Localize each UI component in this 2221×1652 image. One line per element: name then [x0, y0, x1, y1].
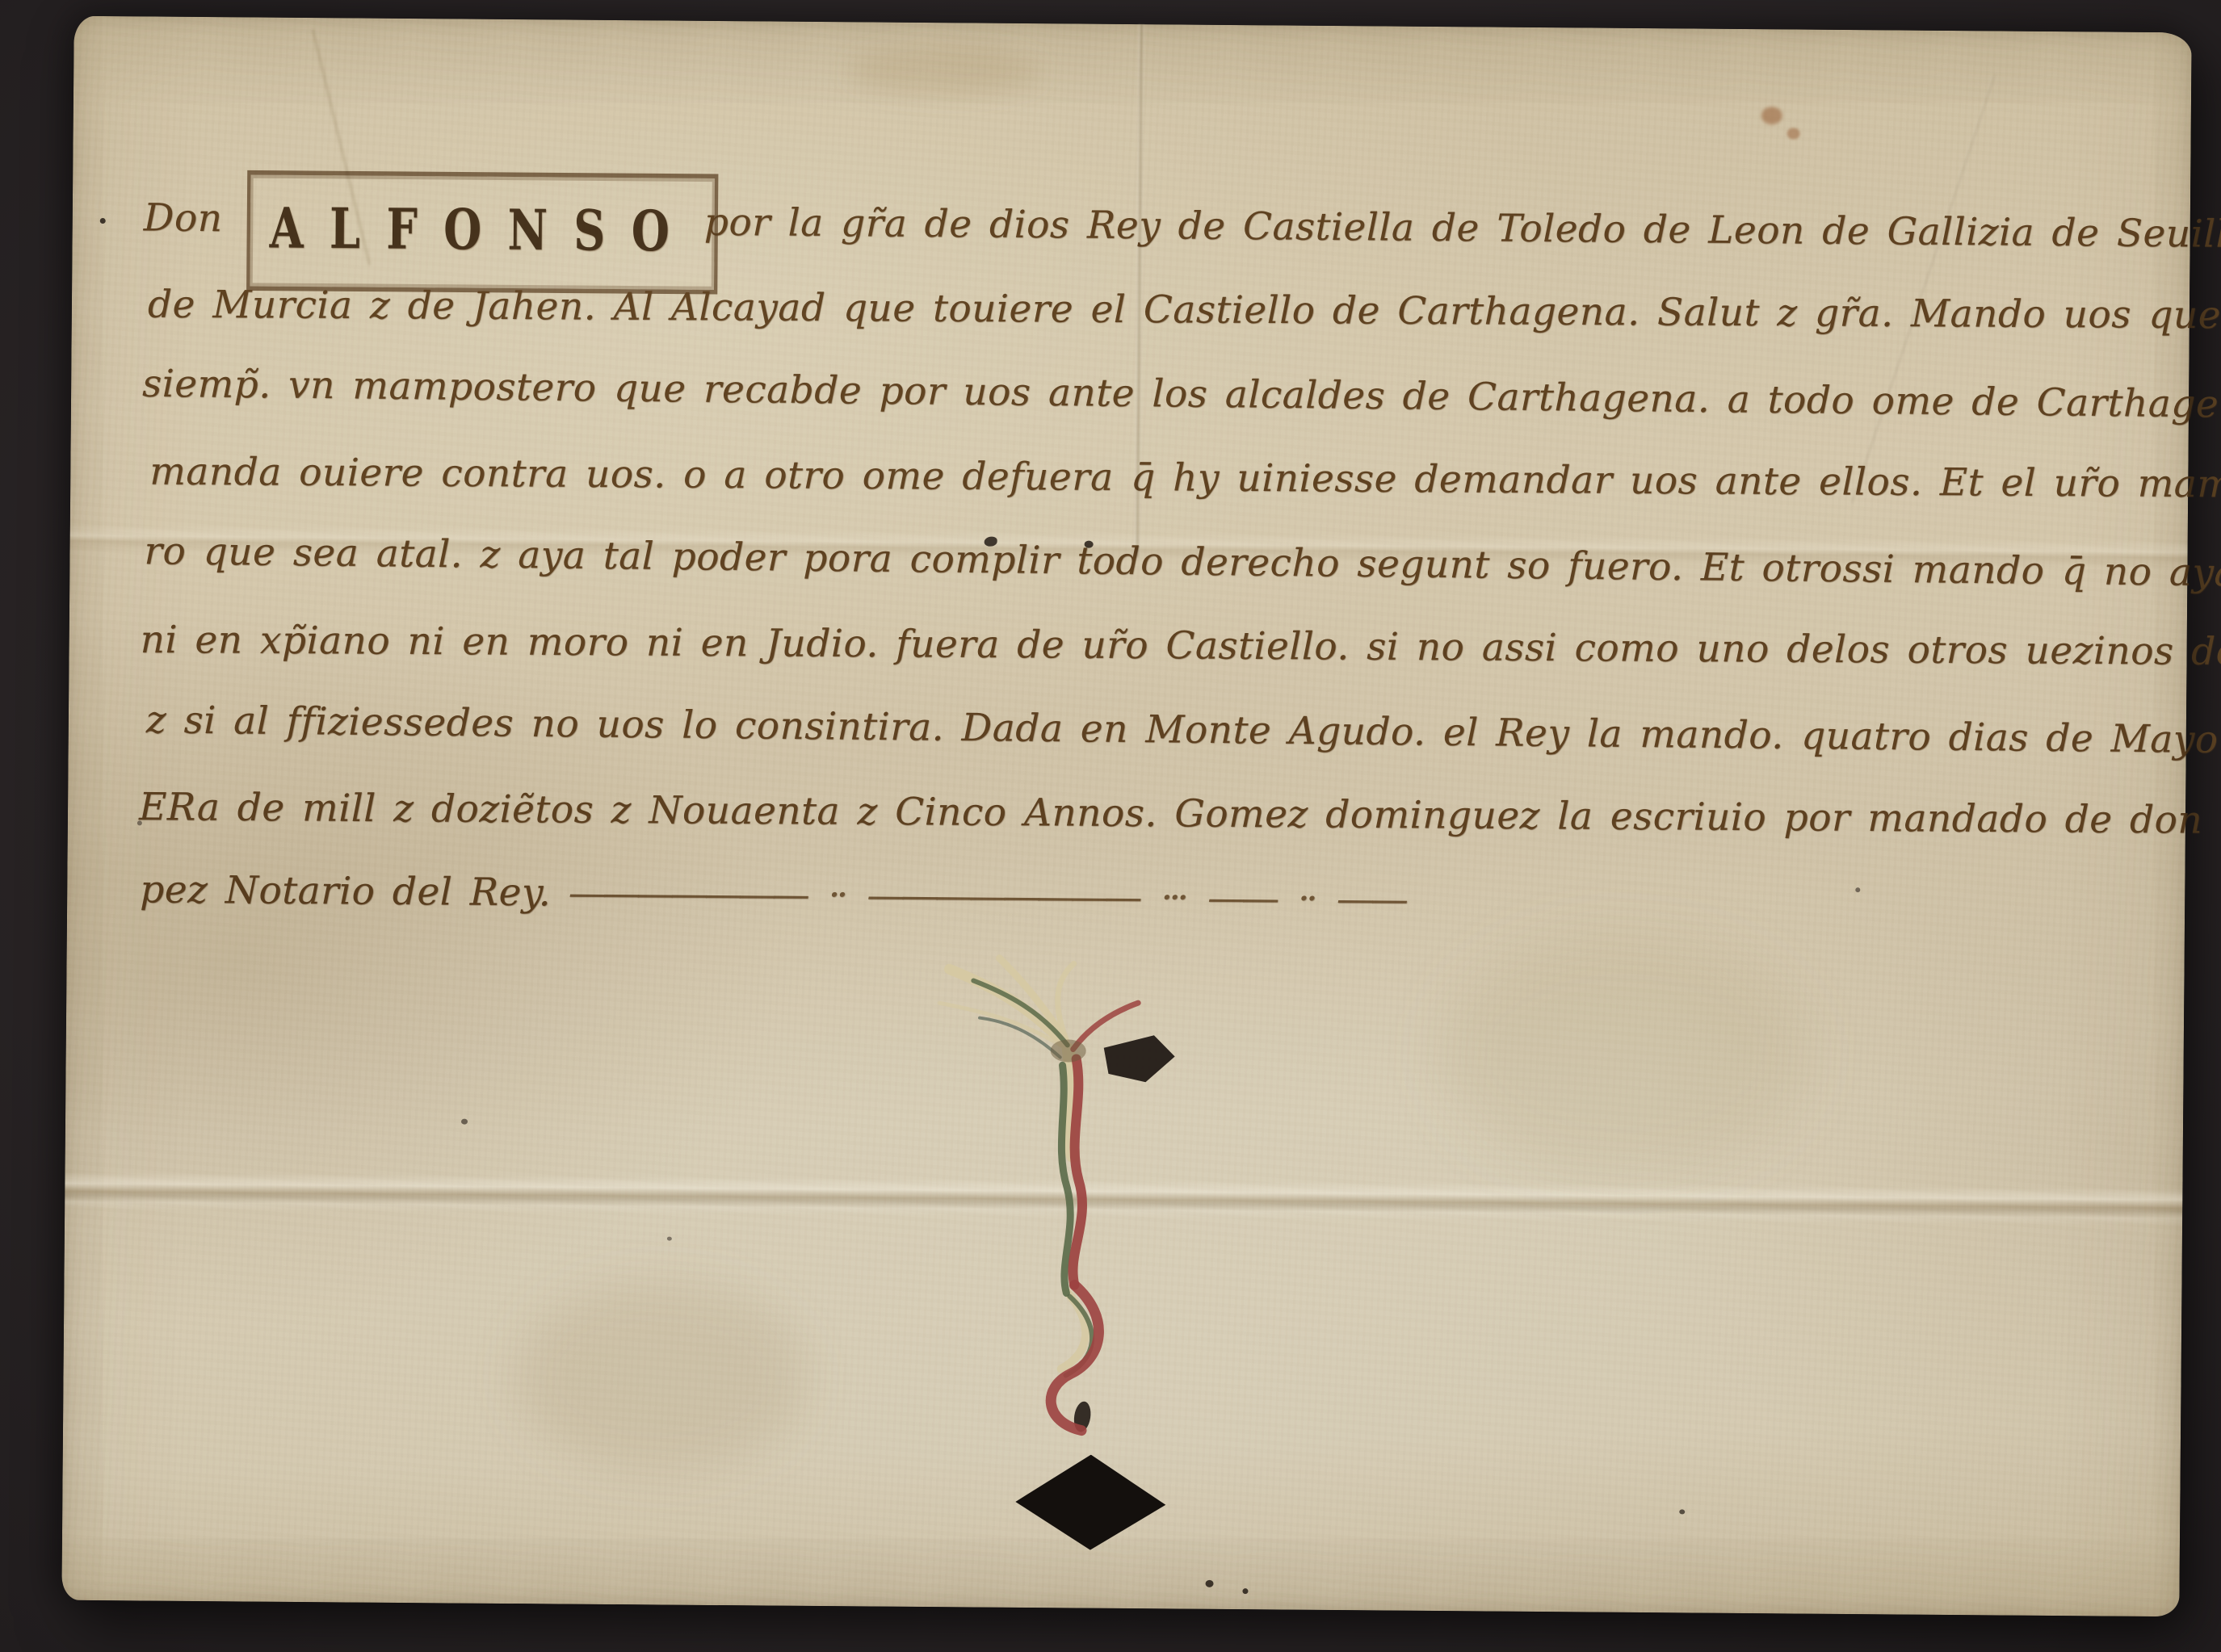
- photo-backdrop: DonALFONSOpor la gr̃a de dios Rey de Cas…: [0, 0, 2221, 1652]
- text-line-4: manda ouiere contra uos. o a otro ome de…: [149, 430, 2145, 526]
- soft-stain: [1438, 931, 1812, 1176]
- rust-stain: [1761, 107, 1782, 124]
- text-line-2: de Murcia z de Jahen. Al Alcayad que tou…: [148, 263, 2147, 358]
- text-line-1: DonALFONSOpor la gr̃a de dios Rey de Cas…: [143, 176, 2147, 275]
- ink-speck: [1242, 1588, 1248, 1594]
- seal-cords: [899, 943, 1274, 1471]
- text-line-6: ni en xp̃iano ni en moro ni en Judio. fu…: [140, 598, 2143, 694]
- text-line-9: pez Notario del Rey. ——————— ·· ————————…: [140, 848, 2142, 947]
- text-line-7: z si al ffiziessedes no uos lo consintir…: [145, 678, 2143, 782]
- ink-speck: [1206, 1580, 1214, 1587]
- charter-text: DonALFONSOpor la gr̃a de dios Rey de Cas…: [138, 176, 2147, 947]
- soft-stain: [849, 46, 1043, 96]
- ruled-filler: ——————— ·· ———————— ··· —— ·· ——: [568, 871, 1404, 922]
- line1-prefix: Don: [144, 195, 223, 241]
- parchment-sheet: DonALFONSOpor la gr̃a de dios Rey de Cas…: [61, 16, 2191, 1617]
- ink-speck: [100, 218, 106, 224]
- line9-text: pez Notario del Rey.: [140, 867, 551, 915]
- line1-rest: por la gr̃a de dios Rey de Castiella de …: [704, 200, 2221, 258]
- text-line-3: siemp̃. vn mampostero que recabde por uo…: [142, 342, 2146, 447]
- text-line-5: ro que sea atal. z aya tal poder pora co…: [144, 509, 2144, 614]
- wax-remnant: [1103, 1035, 1174, 1083]
- ink-speck: [1679, 1509, 1685, 1514]
- rust-stain: [1787, 128, 1800, 139]
- ink-speck: [461, 1119, 468, 1125]
- soft-stain: [515, 1279, 808, 1475]
- ink-speck: [667, 1237, 672, 1241]
- text-line-8: ERa de mill z doziẽtos z Nouaenta z Cin…: [139, 765, 2143, 862]
